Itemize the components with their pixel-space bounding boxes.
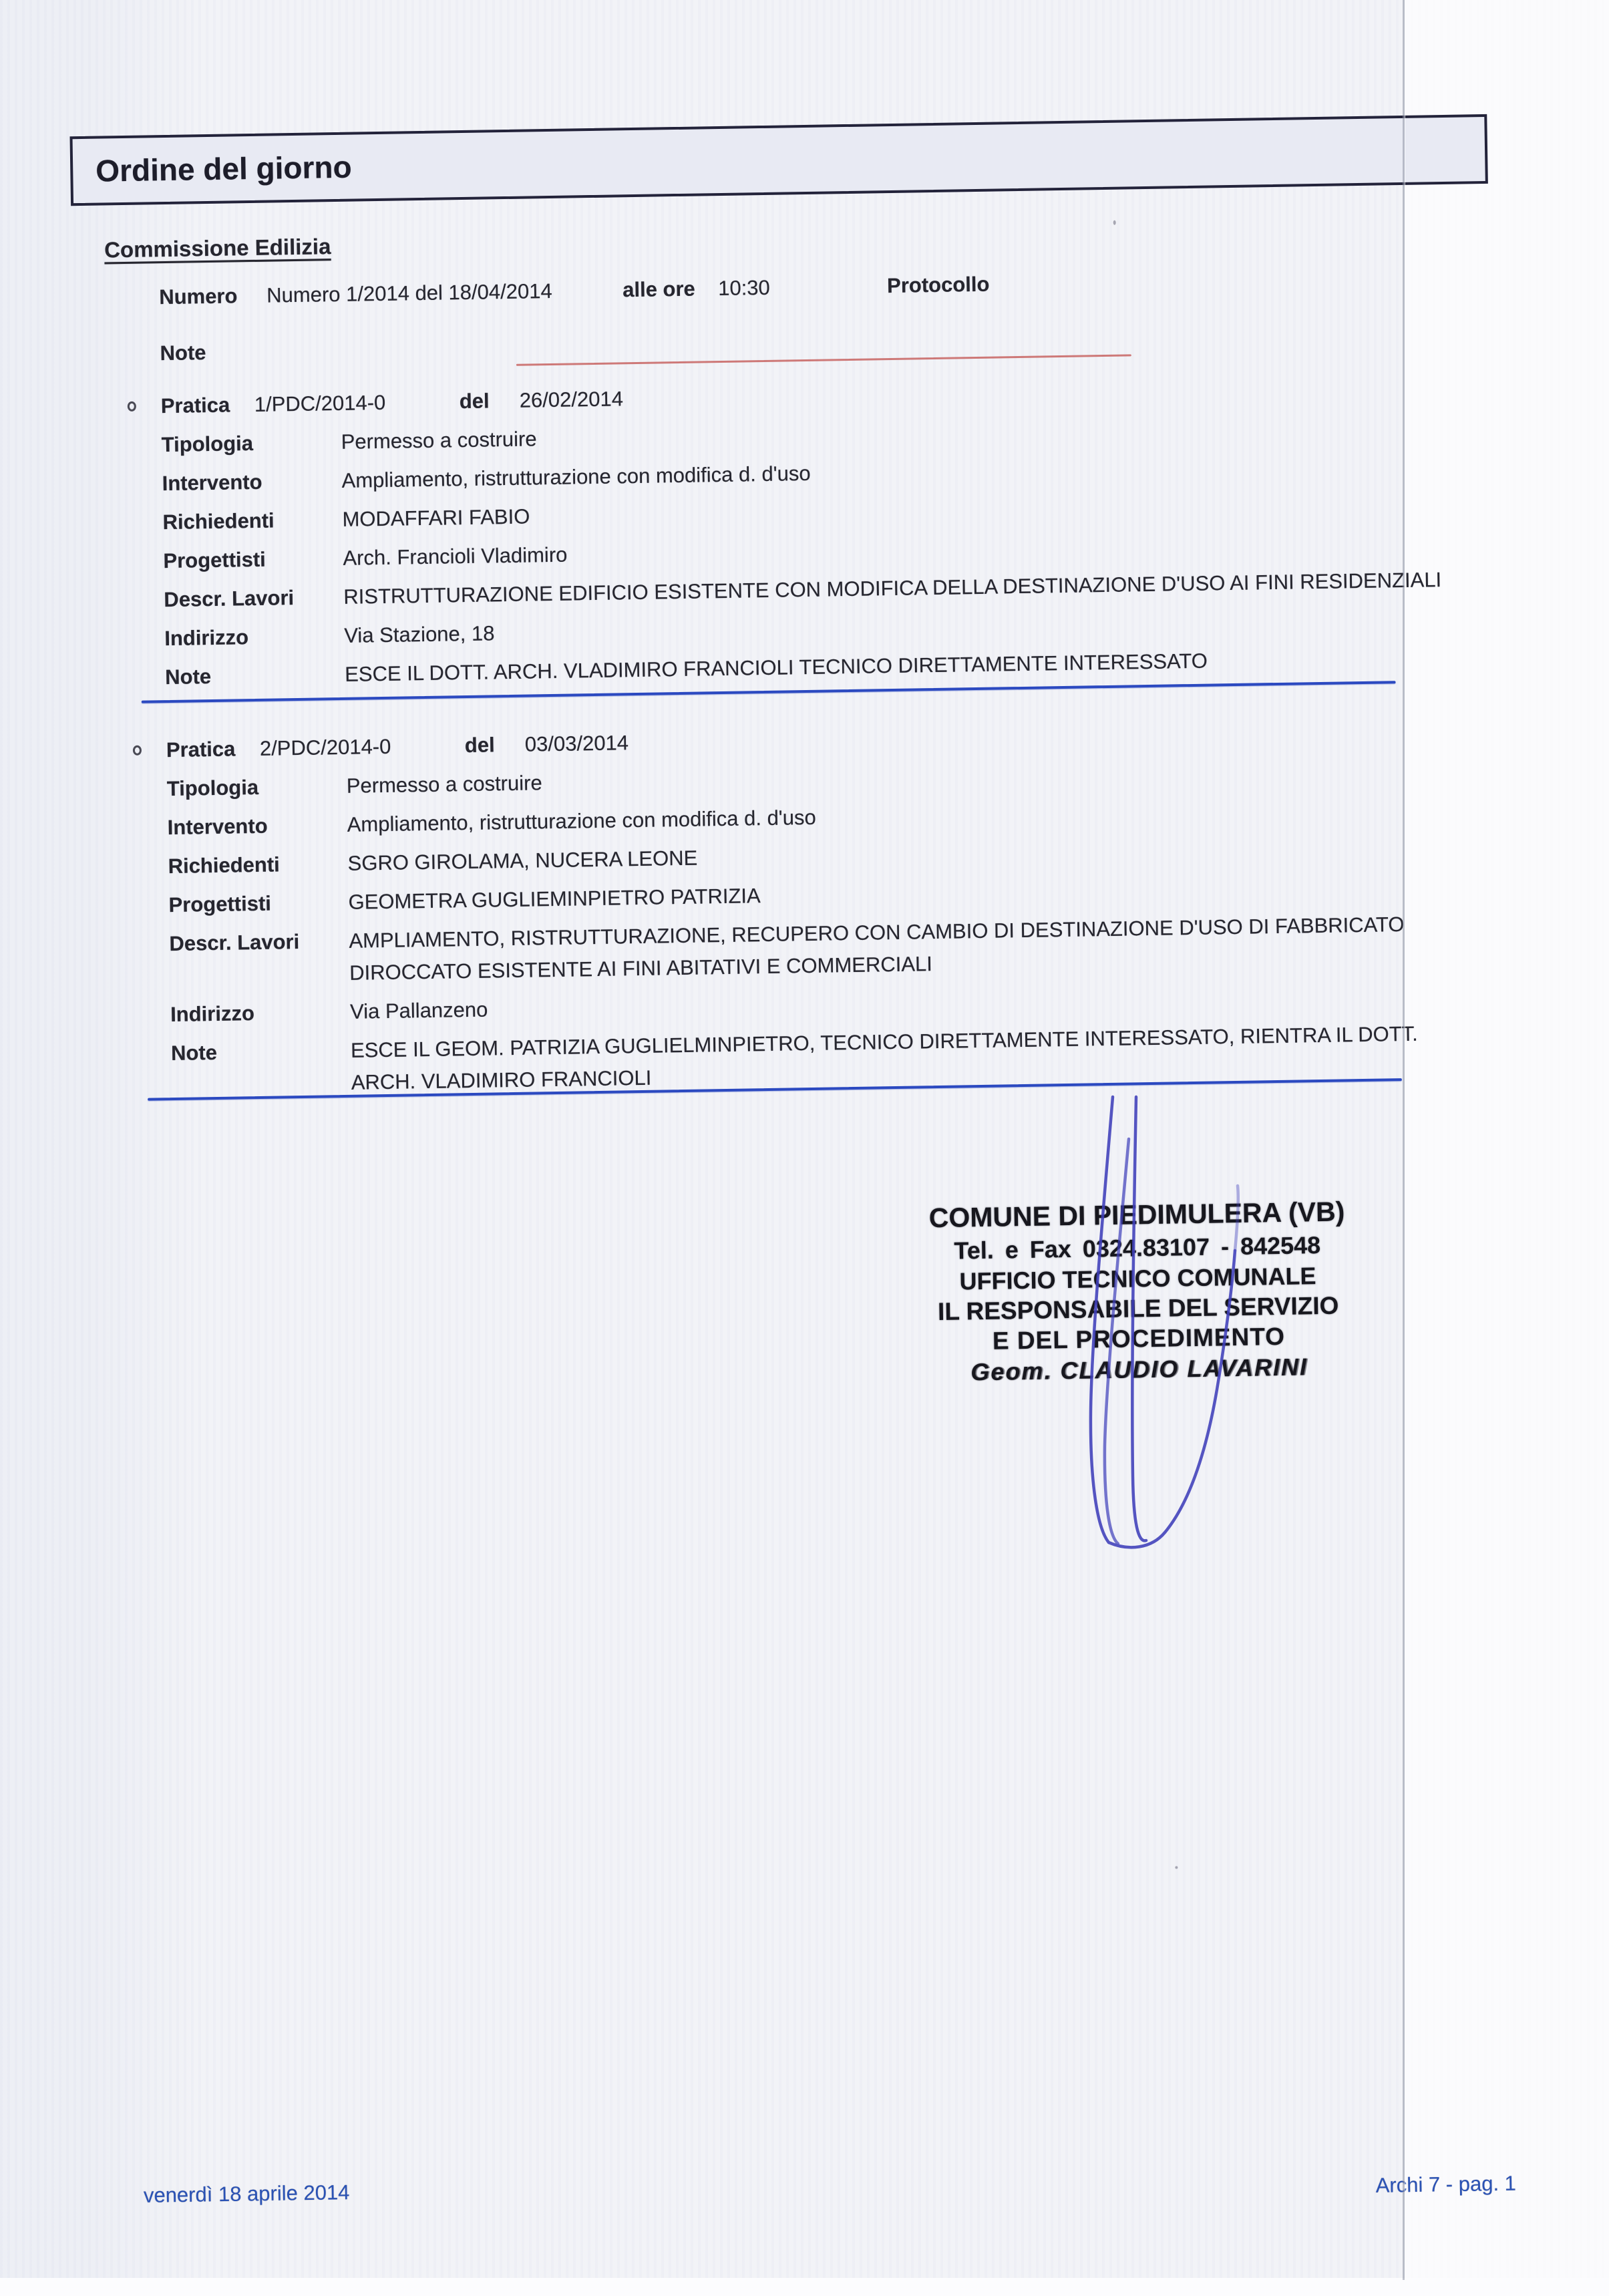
pratica-date: 26/02/2014 (519, 383, 623, 416)
field-label: Intervento (167, 810, 268, 844)
pratica-label: Pratica (166, 733, 236, 766)
field-label: Intervento (162, 466, 262, 500)
alle-ore-label: alle ore (622, 273, 695, 307)
field-label: Richiedenti (168, 848, 280, 882)
field-value: AMPLIAMENTO, RISTRUTTURAZIONE, RECUPERO … (349, 907, 1492, 989)
numero-value: Numero 1/2014 del 18/04/2014 (266, 275, 552, 312)
field-label: Note (165, 661, 212, 693)
footer-pagination: Archi 7 - pag. 1 (1286, 2172, 1517, 2199)
scan-speck (1175, 1866, 1178, 1869)
office-stamp: COMUNE DI PIEDIMULERA (VB) Tel. e Fax 03… (906, 1194, 1370, 1389)
document-content: Ordine del giorno Commissione Edilizia N… (0, 0, 1609, 2296)
page-title: Ordine del giorno (96, 149, 352, 189)
field-label: Progettisti (163, 544, 266, 577)
pratica-record-1: Pratica 1/PDC/2014-0 del 26/02/2014 Tipo… (160, 369, 1487, 700)
scanned-document-page: Ordine del giorno Commissione Edilizia N… (0, 0, 1609, 2296)
pratica-label: Pratica (160, 389, 230, 423)
field-label: Indirizzo (164, 621, 248, 655)
page-title-box: Ordine del giorno (69, 114, 1487, 206)
pratica-date: 03/03/2014 (524, 727, 629, 760)
scan-speck (1113, 220, 1116, 225)
bullet-icon (128, 401, 136, 412)
meeting-info-row: Numero Numero 1/2014 del 18/04/2014 alle… (159, 263, 1295, 313)
field-label: Richiedenti (162, 505, 275, 539)
pratica-record-2: Pratica 2/PDC/2014-0 del 03/03/2014 Tipo… (166, 713, 1495, 1108)
field-label: Descr. Lavori (169, 926, 299, 960)
field-label: Progettisti (168, 888, 271, 921)
bullet-icon (133, 746, 142, 756)
alle-ore-value: 10:30 (718, 272, 770, 305)
field-label: Note (171, 1037, 218, 1070)
note-underline-rule (516, 354, 1131, 365)
stamp-signer-name: Geom. CLAUDIO LAVARINI (908, 1350, 1370, 1389)
numero-label: Numero (159, 280, 238, 313)
protocollo-label: Protocollo (887, 269, 990, 302)
field-label: Tipologia (161, 428, 253, 461)
del-label: del (465, 729, 496, 762)
pratica-number: 1/PDC/2014-0 (254, 387, 385, 421)
del-label: del (459, 385, 490, 418)
field-label: Descr. Lavori (164, 582, 294, 616)
field-label: Tipologia (166, 772, 258, 805)
scan-artifact-line (1403, 0, 1405, 2280)
footer-date: venerdì 18 aprile 2014 (144, 2180, 350, 2208)
meeting-note-label: Note (160, 337, 206, 369)
field-row: Descr. LavoriAMPLIAMENTO, RISTRUTTURAZIO… (169, 907, 1492, 992)
pratica-number: 2/PDC/2014-0 (260, 731, 391, 765)
section-heading: Commissione Edilizia (104, 234, 331, 263)
field-label: Indirizzo (170, 997, 254, 1031)
